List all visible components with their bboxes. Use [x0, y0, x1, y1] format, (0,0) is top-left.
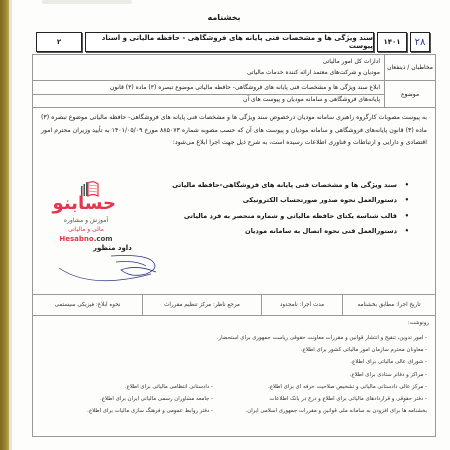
document-type-heading: بخشنامه	[14, 13, 434, 22]
cc-item: - دادستانی انتظامی مالیاتی برای اطلاع.	[87, 381, 213, 393]
subject-line: پایانه‌های فروشگاهی و سامانه مودیان و پی…	[37, 95, 380, 106]
subject-label: موضوع	[384, 81, 435, 107]
execution-meta-row: تاریخ اجرا: مطابق بخشنامه مدت اجرا: نامح…	[33, 294, 435, 315]
addressees-label: مخاطبان / ذینفعان	[384, 55, 435, 80]
addressees-row: مخاطبان / ذینفعان ادارات کل امور مالیاتی…	[33, 54, 435, 80]
subject-content: ابلاغ سند ویژگی ها و مشخصات فنی پایانه ه…	[33, 81, 384, 107]
logo-url-suffix: .com	[94, 235, 113, 243]
hesabno-watermark-logo: حسابنو آموزش و مشاوره مالی و مالیاتی Hes…	[47, 180, 125, 244]
cc-item: - معاونان محترم سازمان امور مالیاتی کشور…	[47, 344, 427, 356]
attachment-list: سند ویژگی ها و مشخصات فنی پایانه های فرو…	[179, 178, 409, 240]
delivery-method: نحوه ابلاغ: فیزیکی سیستمی	[33, 295, 142, 315]
list-item: سند ویژگی ها و مشخصات فنی پایانه های فرو…	[179, 178, 409, 193]
addressee-line: مودیان و شرکت‌های معتمد ارائه کننده خدما…	[37, 68, 380, 79]
list-item: قالب شناسه یکتای حافظه مالیاتی و شماره م…	[179, 209, 409, 224]
list-item: دستورالعمل فنی نحوه اتصال به سامانه مودی…	[179, 224, 409, 239]
logo-tagline-1: آموزش و مشاوره	[47, 216, 125, 225]
binder-edge	[0, 0, 9, 450]
logo-graphic: حسابنو	[56, 180, 116, 216]
cc-item: - مراکز و دفاتر ستادی برای اطلاع.	[47, 369, 427, 381]
body-paragraph: به پیوست مصوبات کارگروه راهبری سامانه مو…	[33, 108, 435, 150]
list-item: دستورالعمل نحوه صدور صورتحساب الکترونیکی	[179, 193, 409, 208]
document-page: بخشنامه ۲۸ ۱۴۰۱ سند ویژگی ها و مشخصات فن…	[14, 0, 450, 450]
body-section: به پیوست مصوبات کارگروه راهبری سامانه مو…	[33, 107, 435, 294]
circular-table: مخاطبان / ذینفعان ادارات کل امور مالیاتی…	[32, 54, 436, 437]
circular-number: ۲۸	[410, 32, 430, 52]
cc-item: - شورای عالی مالیاتی برای اطلاع.	[47, 356, 427, 368]
subject-line: ابلاغ سند ویژگی ها و مشخصات فنی پایانه ه…	[33, 83, 384, 95]
execution-duration: مدت اجرا: نامحدود	[261, 295, 342, 315]
logo-url-prefix: Hesabno	[59, 235, 93, 243]
cc-item: - جامعه مشاوران رسمی مالیاتی ایران برای …	[87, 393, 213, 405]
page-count: ۲	[36, 32, 82, 52]
logo-url: Hesabno.com	[47, 234, 125, 244]
circular-year: ۱۴۰۱	[377, 32, 407, 52]
addressee-line: ادارات کل امور مالیاتی	[37, 57, 380, 68]
supervising-authority: مرجع ناظر: مرکز تنظیم مقررات	[142, 295, 261, 315]
signature-block: داود منظور	[51, 244, 171, 294]
cc-item: - امور تدوین، تنقیح و انتشار قوانین و مق…	[47, 332, 427, 344]
carbon-copy-section: رونوشت: - امور تدوین، تنقیح و انتشار قوا…	[33, 315, 435, 436]
cc-list-left: - دادستانی انتظامی مالیاتی برای اطلاع. -…	[87, 381, 213, 418]
execution-date: تاریخ اجرا: مطابق بخشنامه	[342, 295, 435, 315]
logo-tagline-2: مالی و مالیاتی	[47, 225, 125, 234]
document-title-bar: ۲۸ ۱۴۰۱ سند ویژگی ها و مشخصات فنی پایانه…	[36, 32, 430, 52]
page-margin	[9, 0, 12, 450]
subject-row: موضوع ابلاغ سند ویژگی ها و مشخصات فنی پا…	[33, 80, 435, 107]
cc-item: - دفتر روابط عمومی و فرهنگ سازی مالیات ب…	[87, 405, 213, 417]
signature-scribble-icon	[51, 244, 171, 294]
faint-letterhead	[42, 0, 132, 4]
cc-title: رونوشت:	[408, 320, 429, 326]
logo-wordmark: حسابنو	[56, 194, 116, 214]
addressees-content: ادارات کل امور مالیاتی مودیان و شرکت‌های…	[33, 55, 384, 80]
circular-title: سند ویژگی ها و مشخصات فنی پایانه های فرو…	[85, 32, 374, 52]
